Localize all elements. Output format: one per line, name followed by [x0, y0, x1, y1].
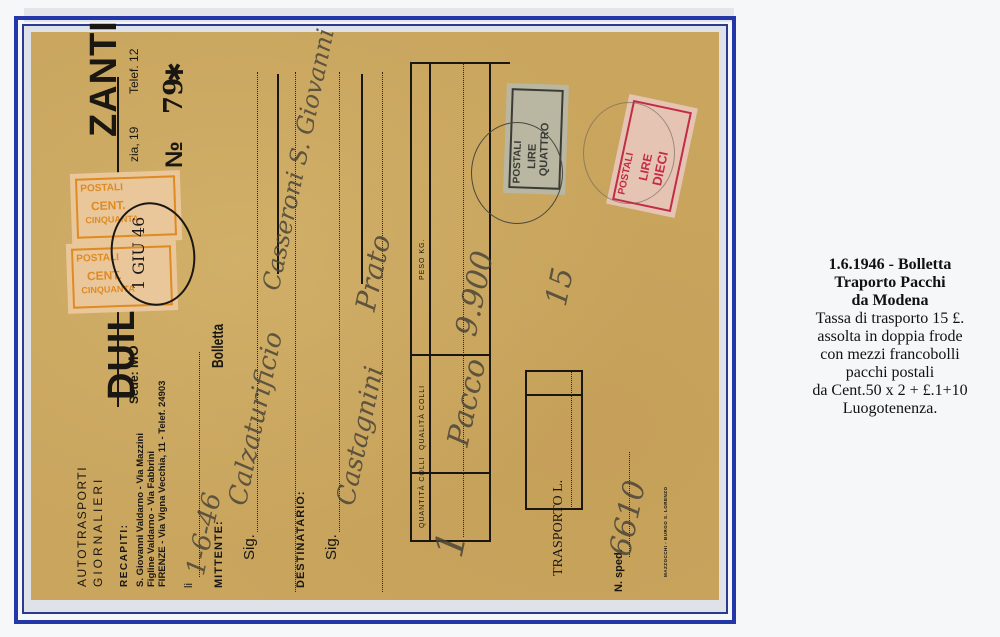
handwritten-qualita: Pacco: [441, 356, 494, 450]
caption-line-5: assolta in doppia frode: [770, 328, 1000, 346]
company-name-end: ZANTI: [83, 20, 126, 137]
giornalieri-label: GIORNALIERI: [91, 477, 105, 587]
address-3: FIRENZE - Via Vigna Vecchia, 11 - Telef.…: [157, 381, 168, 587]
recapiti-label: RECAPITI:: [119, 524, 130, 588]
postmark-cancel-grey: [471, 122, 563, 224]
caption-line-8: da Cent.50 x 2 + £.1+10: [770, 382, 1000, 400]
sede-city: MO: [125, 345, 141, 368]
stamp-orange-upper-cent: CENT.: [91, 198, 126, 213]
destinatario-sig-label: Sig.: [323, 534, 340, 560]
number-symbol: №: [161, 141, 189, 168]
torn-edge: [31, 29, 719, 35]
table-left-border: [410, 62, 412, 542]
destinatario-dotted-line-2: [382, 72, 383, 592]
handwritten-peso: 9.900: [449, 248, 501, 339]
col-peso-header: PESO KG.: [419, 239, 426, 280]
printer-imprint: MAZZOCCHI - BURGO S. LORENZO: [663, 487, 668, 578]
trasporto-box-top: [525, 370, 583, 372]
handwritten-n-sped: 6610: [603, 477, 653, 559]
handwritten-mittente-1: Calzaturificio: [223, 329, 289, 508]
autotrasporti-label: AUTOTRASPORTI: [75, 466, 89, 587]
trasporto-box-mid: [525, 394, 583, 396]
postmark-text-left: 1 GIU 46: [129, 217, 148, 290]
handwritten-quantita: 1: [426, 527, 476, 561]
handwritten-trasporto: 15: [539, 265, 581, 310]
caption-line-4: Tassa di trasporto 15 £.: [770, 310, 1000, 328]
trasporto-dotted: [571, 372, 572, 507]
table-top-border: [410, 62, 510, 64]
sede-label-text: Sede:: [127, 371, 141, 404]
sede-label: Sede: MO: [125, 345, 141, 404]
postmark-cancel-red: [583, 102, 675, 204]
caption-line-6: con mezzi francobolli: [770, 346, 1000, 364]
stamp-orange-upper-postali: POSTALI: [80, 182, 123, 194]
asterisk-icon: ✱: [161, 62, 190, 82]
mittente-sig-label: Sig.: [241, 534, 258, 560]
destinatario-label: DESTINATARIO:: [295, 490, 307, 588]
address-2: Figline Valdarno - Via Fabbrini: [146, 451, 157, 587]
caption-line-1: 1.6.1946 - Bolletta: [770, 256, 1000, 274]
trasporto-label: TRASPORTO L.: [551, 480, 567, 576]
caption-line-7: pacchi postali: [770, 364, 1000, 382]
caption-line-2: Traporto Pacchi: [770, 274, 1000, 292]
address-1: S. Giovanni Valdarno - Via Mazzini: [135, 433, 146, 587]
table-col-divider-1: [429, 62, 431, 542]
address-fragment: zia, 19: [127, 127, 141, 162]
document-number: 79: [159, 78, 189, 114]
telef-top: Telef. 12: [127, 49, 141, 94]
li-label: li: [183, 583, 195, 588]
album-caption: 1.6.1946 - Bolletta Traporto Pacchi da M…: [770, 256, 1000, 418]
col-qualita-header: QUALITÀ COLLI: [419, 385, 426, 450]
trasporto-box-left: [525, 370, 527, 510]
album-page: DUIL ZANTI Sede: MO zia, 19 Telef. 12 № …: [0, 0, 1000, 637]
col-quantita-header: QUANTITÀ COLLI: [419, 456, 426, 528]
handwritten-destinatario-2: Prato: [349, 232, 397, 314]
caption-line-3: da Modena: [770, 292, 1000, 310]
bolletta-document: DUIL ZANTI Sede: MO zia, 19 Telef. 12 № …: [31, 32, 719, 600]
table-row-divider-1: [410, 354, 490, 356]
caption-line-9: Luogotenenza.: [770, 400, 1000, 418]
handwritten-mittente-2: Casseroni S. Giovanni: [257, 26, 340, 293]
trasporto-box-right: [581, 370, 583, 510]
bolletta-label: Bolletta: [210, 324, 228, 368]
